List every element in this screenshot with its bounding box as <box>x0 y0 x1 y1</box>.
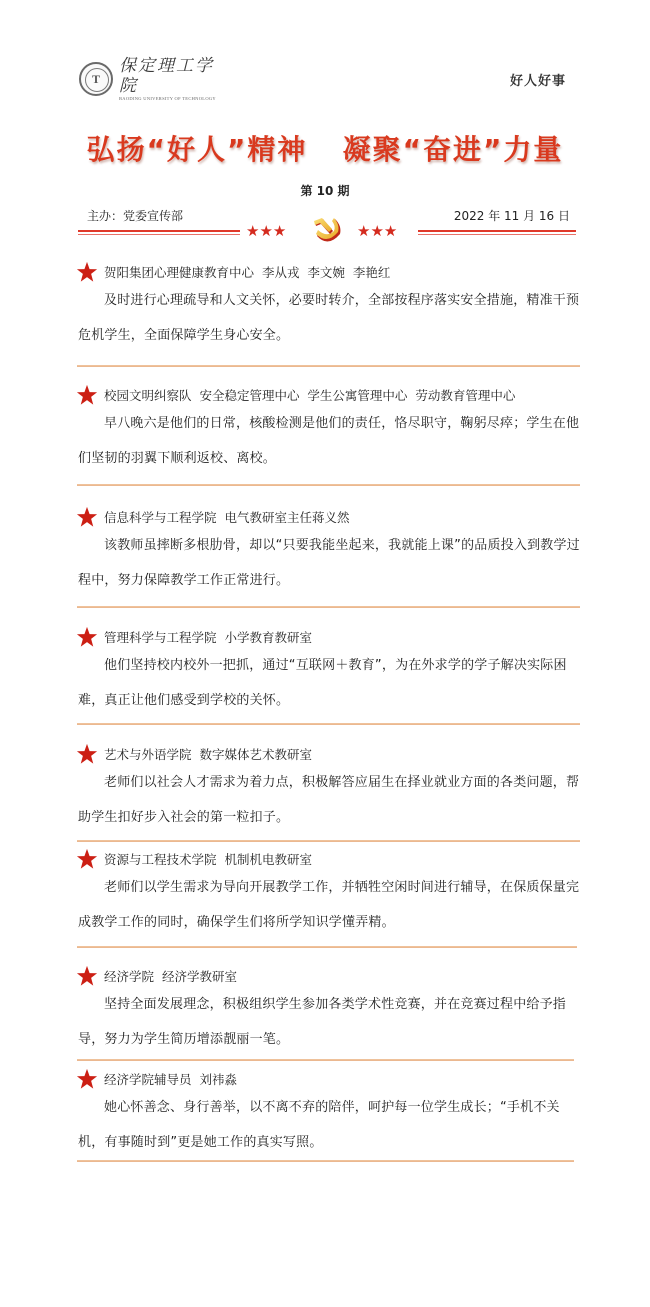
separator <box>77 1059 574 1061</box>
entry-8: 经济学院辅导员 刘祎淼 她心怀善念、身行善举，以不离不弃的陪伴，呵护每一位学生成… <box>76 1068 580 1160</box>
entry-5: 艺术与外语学院 数字媒体艺术教研室 老师们以社会人才需求为着力点，积极解答应届生… <box>76 743 580 835</box>
entry-title: 信息科学与工程学院 电气教研室主任蒋义然 <box>104 508 349 526</box>
entry-header: 贺阳集团心理健康教育中心 李从戎 李文婉 李艳红 <box>76 261 580 283</box>
entry-body: 该教师虽摔断多根肋骨，却以“只要我能坐起来，我就能上课”的品质投入到教学过程中，… <box>76 528 580 598</box>
entry-header: 艺术与外语学院 数字媒体艺术教研室 <box>76 743 580 765</box>
university-seal-icon: T <box>79 62 113 96</box>
entry-title: 贺阳集团心理健康教育中心 李从戎 李文婉 李艳红 <box>104 263 390 281</box>
entry-title: 经济学院辅导员 刘祎淼 <box>104 1070 237 1088</box>
red-star-icon <box>76 626 98 648</box>
issue-date: 2022 年 11 月 16 日 <box>454 207 570 224</box>
double-rule-left <box>78 230 240 236</box>
sponsor: 主办：党委宣传部 <box>87 207 183 224</box>
entry-header: 资源与工程技术学院 机制机电教研室 <box>76 848 580 870</box>
entry-6: 资源与工程技术学院 机制机电教研室 老师们以学生需求为导向开展教学工作，并牺牲空… <box>76 848 580 940</box>
separator <box>77 365 580 367</box>
issue-number: 第 10 期 <box>0 182 650 199</box>
entry-7: 经济学院 经济学教研室 坚持全面发展理念，积极组织学生参加各类学术性竞赛，并在竞… <box>76 965 580 1057</box>
entry-header: 经济学院 经济学教研室 <box>76 965 580 987</box>
entry-title: 艺术与外语学院 数字媒体艺术教研室 <box>104 745 312 763</box>
red-star-icon <box>76 848 98 870</box>
red-star-icon <box>76 965 98 987</box>
separator <box>77 723 580 725</box>
red-star-icon <box>76 743 98 765</box>
entry-title: 管理科学与工程学院 小学教育教研室 <box>104 628 312 646</box>
column-tag: 好人好事 <box>510 70 566 89</box>
university-logo: T 保定理工学院 BAODING UNIVERSITY OF TECHNOLOG… <box>79 60 219 98</box>
entry-1: 贺阳集团心理健康教育中心 李从戎 李文婉 李艳红 及时进行心理疏导和人文关怀，必… <box>76 261 580 353</box>
entry-header: 经济学院辅导员 刘祎淼 <box>76 1068 580 1090</box>
entry-body: 早八晚六是他们的日常，核酸检测是他们的责任，恪尽职守，鞠躬尽瘁；学生在他们坚韧的… <box>76 406 580 476</box>
stars-right-icon: ★★★ <box>357 222 397 240</box>
separator <box>77 946 577 948</box>
entry-title: 校园文明纠察队 安全稳定管理中心 学生公寓管理中心 劳动教育管理中心 <box>104 386 515 404</box>
red-star-icon <box>76 261 98 283</box>
headline: 弘扬“好人”精神 凝聚“奋进”力量 <box>0 128 650 168</box>
separator <box>77 840 580 842</box>
separator <box>77 1160 574 1162</box>
red-star-icon <box>76 384 98 406</box>
seal-glyph: T <box>81 72 111 87</box>
entry-body: 他们坚持校内校外一把抓，通过“互联网＋教育”，为在外求学的学子解决实际困难，真正… <box>76 648 580 718</box>
red-star-icon <box>76 1068 98 1090</box>
entry-body: 老师们以学生需求为导向开展教学工作，并牺牲空闲时间进行辅导，在保质保量完成教学工… <box>76 870 580 940</box>
stars-left-icon: ★★★ <box>246 222 286 240</box>
logo-text: 保定理工学院 BAODING UNIVERSITY OF TECHNOLOGY <box>119 56 219 102</box>
entry-header: 校园文明纠察队 安全稳定管理中心 学生公寓管理中心 劳动教育管理中心 <box>76 384 580 406</box>
entry-title: 经济学院 经济学教研室 <box>104 967 237 985</box>
entry-body: 老师们以社会人才需求为着力点，积极解答应届生在择业就业方面的各类问题，帮助学生扣… <box>76 765 580 835</box>
separator <box>77 606 580 608</box>
entry-body: 坚持全面发展理念，积极组织学生参加各类学术性竞赛，并在竞赛过程中给予指导，努力为… <box>76 987 580 1057</box>
red-star-icon <box>76 506 98 528</box>
logo-name-cn: 保定理工学院 <box>119 56 219 96</box>
entry-body: 及时进行心理疏导和人文关怀，必要时转介，全部按程序落实安全措施，精准干预危机学生… <box>76 283 580 353</box>
separator <box>77 484 580 486</box>
entry-header: 管理科学与工程学院 小学教育教研室 <box>76 626 580 648</box>
double-rule-right <box>418 230 576 236</box>
entry-body: 她心怀善念、身行善举，以不离不弃的陪伴，呵护每一位学生成长；“手机不关机，有事随… <box>76 1090 580 1160</box>
logo-name-en: BAODING UNIVERSITY OF TECHNOLOGY <box>119 96 219 102</box>
entry-4: 管理科学与工程学院 小学教育教研室 他们坚持校内校外一把抓，通过“互联网＋教育”… <box>76 626 580 718</box>
entry-title: 资源与工程技术学院 机制机电教研室 <box>104 850 312 868</box>
party-emblem-icon <box>309 214 347 248</box>
entry-3: 信息科学与工程学院 电气教研室主任蒋义然 该教师虽摔断多根肋骨，却以“只要我能坐… <box>76 506 580 598</box>
entry-2: 校园文明纠察队 安全稳定管理中心 学生公寓管理中心 劳动教育管理中心 早八晚六是… <box>76 384 580 476</box>
entry-header: 信息科学与工程学院 电气教研室主任蒋义然 <box>76 506 580 528</box>
